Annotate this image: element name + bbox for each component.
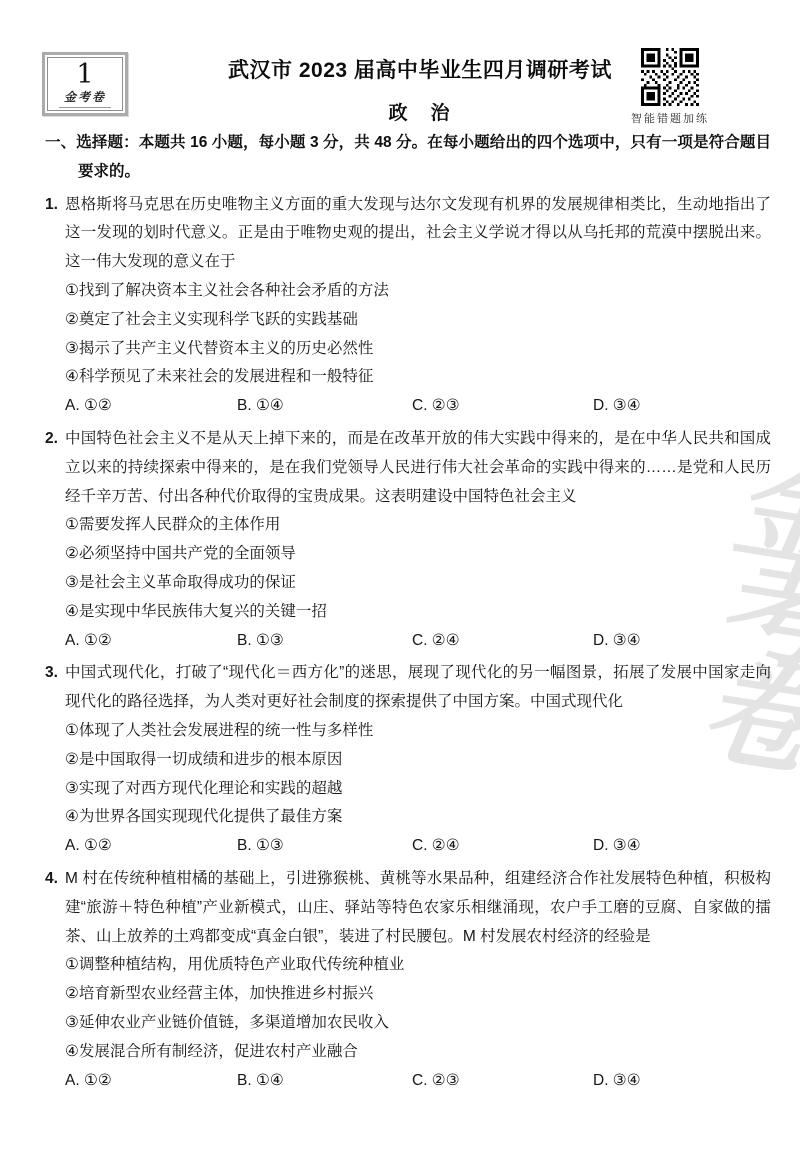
answer-choice-c: C. ②④ <box>412 832 593 861</box>
exam-page: 1 金考卷 武汉市 2023 届高中毕业生四月调研考试 政 治 智能错题加练 金… <box>0 0 800 1150</box>
question-option: ①调整种植结构，用优质特色产业取代传统种植业 <box>65 951 771 980</box>
answer-choice-b: B. ①④ <box>237 1067 412 1096</box>
brand-name: 金考卷 <box>59 90 111 108</box>
question-number: 4. <box>45 865 58 894</box>
question-option: ①找到了解决资本主义社会各种社会矛盾的方法 <box>65 277 771 306</box>
question-option: ①需要发挥人民群众的主体作用 <box>65 511 771 540</box>
question-option: ③实现了对西方现代化理论和实践的超越 <box>65 775 771 804</box>
section-heading: 一、选择题：本题共 16 小题，每小题 3 分，共 48 分。在每小题给出的四个… <box>45 129 771 187</box>
answer-choice-c: C. ②④ <box>412 627 593 656</box>
issue-number: 1 <box>76 61 93 88</box>
qr-caption: 智能错题加练 <box>612 110 728 126</box>
answer-row: A. ①② B. ①④ C. ②③ D. ③④ <box>65 392 771 421</box>
answer-choice-b: B. ①③ <box>237 627 412 656</box>
answer-choice-d: D. ③④ <box>593 1067 771 1096</box>
answer-choice-d: D. ③④ <box>593 627 771 656</box>
question-option: ①体现了人类社会发展进程的统一性与多样性 <box>65 717 771 746</box>
question-option: ②奠定了社会主义实现科学飞跃的实践基础 <box>65 306 771 335</box>
answer-choice-a: A. ①② <box>65 832 237 861</box>
question-4: 4. M 村在传统种植柑橘的基础上，引进猕猴桃、黄桃等水果品种，组建经济合作社发… <box>45 865 771 1095</box>
answer-choice-a: A. ①② <box>65 1067 237 1096</box>
answer-choice-b: B. ①③ <box>237 832 412 861</box>
question-option: ③是社会主义革命取得成功的保证 <box>65 569 771 598</box>
answer-row: A. ①② B. ①③ C. ②④ D. ③④ <box>65 627 771 656</box>
answer-choice-c: C. ②③ <box>412 1067 593 1096</box>
issue-badge: 1 金考卷 <box>42 52 128 116</box>
page-title: 武汉市 2023 届高中毕业生四月调研考试 <box>140 54 700 84</box>
question-option: ④为世界各国实现现代化提供了最佳方案 <box>65 803 771 832</box>
question-stem: M 村在传统种植柑橘的基础上，引进猕猴桃、黄桃等水果品种，组建经济合作社发展特色… <box>65 865 771 951</box>
answer-row: A. ①② B. ①④ C. ②③ D. ③④ <box>65 1067 771 1096</box>
issue-badge-inner: 1 金考卷 <box>47 57 123 111</box>
answer-choice-a: A. ①② <box>65 627 237 656</box>
answer-choice-d: D. ③④ <box>593 832 771 861</box>
answer-choice-b: B. ①④ <box>237 392 412 421</box>
answer-row: A. ①② B. ①③ C. ②④ D. ③④ <box>65 832 771 861</box>
question-number: 3. <box>45 659 58 688</box>
question-option: ④科学预见了未来社会的发展进程和一般特征 <box>65 363 771 392</box>
question-number: 1. <box>45 191 58 220</box>
answer-choice-a: A. ①② <box>65 392 237 421</box>
question-1: 1. 恩格斯将马克思在历史唯物主义方面的重大发现与达尔文发现有机界的发展规律相类… <box>45 191 771 421</box>
question-stem: 中国特色社会主义不是从天上掉下来的，而是在改革开放的伟大实践中得来的，是在中华人… <box>65 425 771 511</box>
answer-choice-d: D. ③④ <box>593 392 771 421</box>
qr-code-icon <box>641 48 699 106</box>
question-number: 2. <box>45 425 58 454</box>
question-option: ③揭示了共产主义代替资本主义的历史必然性 <box>65 335 771 364</box>
question-option: ②培育新型农业经营主体，加快推进乡村振兴 <box>65 980 771 1009</box>
exam-content: 一、选择题：本题共 16 小题，每小题 3 分，共 48 分。在每小题给出的四个… <box>45 129 771 1095</box>
answer-choice-c: C. ②③ <box>412 392 593 421</box>
question-option: ④是实现中华民族伟大复兴的关键一招 <box>65 598 771 627</box>
question-stem: 中国式现代化，打破了“现代化＝西方化”的迷思，展现了现代化的另一幅图景，拓展了发… <box>65 659 771 717</box>
question-option: ②是中国取得一切成绩和进步的根本原因 <box>65 746 771 775</box>
question-option: ④发展混合所有制经济，促进农村产业融合 <box>65 1038 771 1067</box>
question-stem: 恩格斯将马克思在历史唯物主义方面的重大发现与达尔文发现有机界的发展规律相类比，生… <box>65 191 771 277</box>
question-3: 3. 中国式现代化，打破了“现代化＝西方化”的迷思，展现了现代化的另一幅图景，拓… <box>45 659 771 861</box>
question-2: 2. 中国特色社会主义不是从天上掉下来的，而是在改革开放的伟大实践中得来的，是在… <box>45 425 771 655</box>
question-option: ③延伸农业产业链价值链，多渠道增加农民收入 <box>65 1009 771 1038</box>
question-option: ②必须坚持中国共产党的全面领导 <box>65 540 771 569</box>
